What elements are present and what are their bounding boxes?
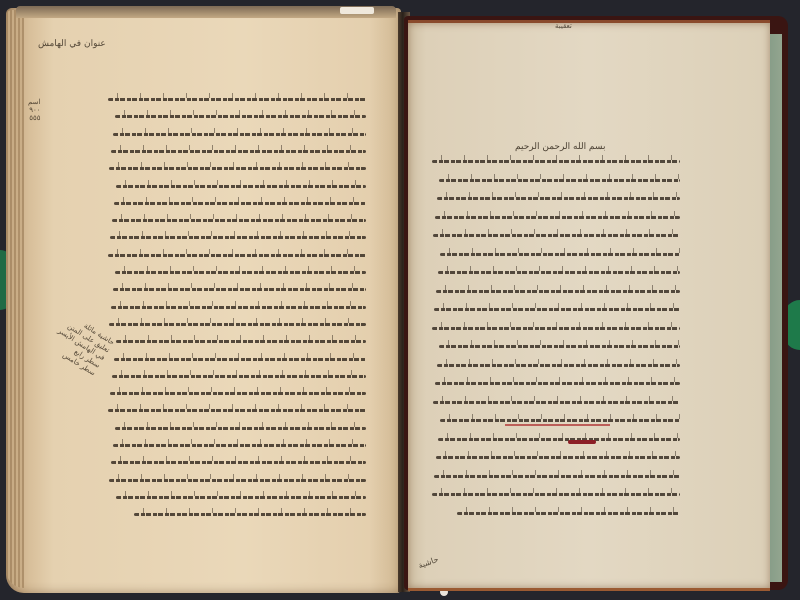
manuscript-text-line (116, 340, 366, 343)
manuscript-text-line (109, 479, 366, 482)
manuscript-text-line (115, 115, 366, 118)
manuscript-text-line (432, 493, 680, 496)
manuscript-text-line (108, 98, 366, 101)
manuscript-text-line (432, 160, 680, 163)
manuscript-text-line (432, 327, 680, 330)
manuscript-text-line (110, 392, 366, 395)
right-header-note: تعقيبة (555, 22, 572, 31)
manuscript-text-line (434, 308, 680, 311)
manuscript-text-line (435, 382, 680, 385)
manuscript-text-line (439, 345, 680, 348)
manuscript-text-line (437, 197, 680, 200)
manuscript-text-line (112, 219, 366, 222)
manuscript-text-line (111, 150, 366, 153)
left-page-top-edge (16, 6, 396, 18)
manuscript-text-line (115, 271, 366, 274)
manuscript-text-line (108, 254, 366, 257)
manuscript-text-line (109, 323, 366, 326)
manuscript-text-line (433, 401, 680, 404)
manuscript-text-line (439, 179, 680, 182)
left-page-text-block (108, 98, 366, 523)
manuscript-text-line (110, 236, 366, 239)
manuscript-text-line (108, 409, 366, 412)
manuscript-text-line (134, 513, 366, 516)
manuscript-text-line (116, 496, 366, 499)
manuscript-text-line (113, 133, 366, 136)
manuscript-text-line (435, 216, 680, 219)
manuscript-text-line (440, 419, 680, 422)
manuscript-text-line (436, 290, 680, 293)
rubric-mark (568, 440, 596, 444)
left-top-marginal-note: عنوان في الهامش (38, 40, 106, 49)
manuscript-text-line (434, 475, 680, 478)
manuscript-text-line (112, 375, 366, 378)
left-small-marginal-note: اسم٩٠٠٥٥٥ (28, 98, 40, 122)
manuscript-text-line (114, 358, 366, 361)
manuscript-text-line (109, 167, 366, 170)
left-page-torn-corner (340, 7, 374, 14)
rubric-overline (505, 424, 610, 426)
manuscript-text-line (440, 253, 680, 256)
manuscript-text-line (437, 364, 680, 367)
right-page-text-block (432, 160, 680, 530)
manuscript-text-line (113, 288, 366, 291)
manuscript-text-line (114, 202, 366, 205)
manuscript-text-line (113, 444, 366, 447)
manuscript-text-line (116, 185, 366, 188)
manuscript-text-line (457, 512, 680, 515)
basmala-heading: بسم الله الرحمن الرحيم (515, 143, 605, 152)
manuscript-text-line (436, 456, 680, 459)
image-description: Photograph of an open bound handwritten … (0, 0, 1, 1)
manuscript-text-line (111, 306, 366, 309)
manuscript-text-line (111, 461, 366, 464)
left-page-edge-stack (6, 10, 24, 588)
manuscript-text-line (433, 234, 680, 237)
manuscript-text-line (115, 427, 366, 430)
manuscript-text-line (438, 271, 680, 274)
manuscript-text-line (438, 438, 680, 441)
